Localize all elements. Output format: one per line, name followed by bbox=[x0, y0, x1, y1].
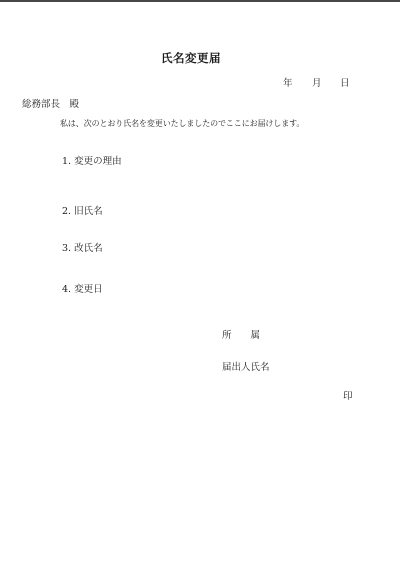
document-title: 氏名変更届 bbox=[22, 53, 360, 65]
document-page: 氏名変更届 年 月 日 総務部長 殿 私は、次のとおり氏名を変更いたしましたので… bbox=[0, 0, 400, 565]
item-old-name: 2. 旧氏名 bbox=[62, 207, 103, 217]
seal-mark: 印 bbox=[343, 392, 353, 402]
item-change-date: 4. 変更日 bbox=[62, 285, 103, 295]
page-top-edge bbox=[0, 0, 400, 2]
affiliation-label: 所 属 bbox=[222, 331, 260, 341]
declarant-name-label: 届出人氏名 bbox=[222, 363, 270, 373]
declaration-sentence: 私は、次のとおり氏名を変更いたしましたのでここにお届けします。 bbox=[60, 120, 304, 128]
item-change-reason: 1. 変更の理由 bbox=[62, 157, 122, 167]
addressee-line: 総務部長 殿 bbox=[22, 100, 79, 110]
item-new-name: 3. 改氏名 bbox=[62, 244, 103, 254]
date-year-label: 年 bbox=[283, 79, 293, 89]
date-month-label: 月 bbox=[312, 79, 322, 89]
date-day-label: 日 bbox=[340, 79, 350, 89]
